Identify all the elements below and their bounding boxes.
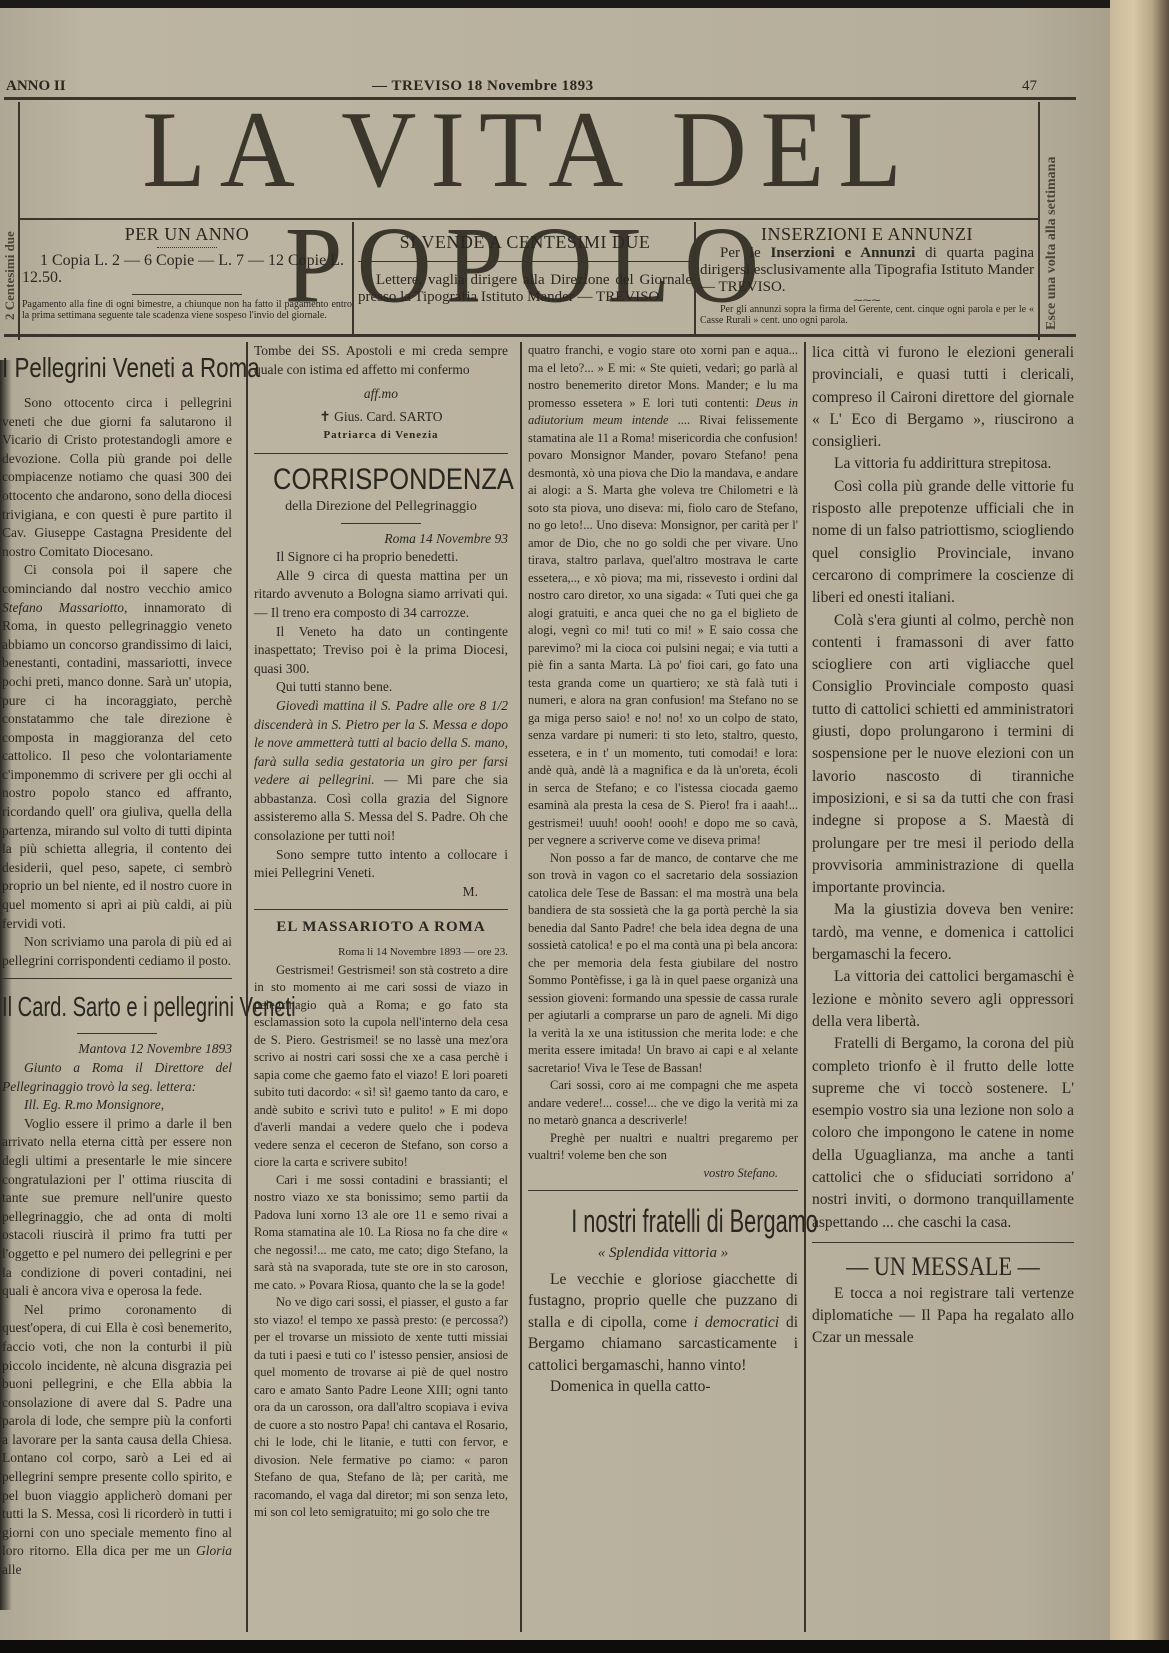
article-paragraph: Qui tutti stanno bene.	[254, 678, 508, 697]
article-paragraph: Il Signore ci ha proprio benedetti.	[254, 548, 508, 567]
headline-massarioto: EL MASSARIOTO A ROMA	[254, 918, 508, 937]
italic-run: Stefano Massariotto	[2, 600, 124, 615]
letter-signature: ✝ Gius. Card. SARTO	[254, 408, 508, 427]
article-paragraph: lica città vi furono le elezioni general…	[812, 342, 1074, 453]
subscription-prices: 1 Copia L. 2 — 6 Copie — L. 7 — 12 Copie…	[22, 252, 352, 286]
ads-body-prefix: Per le	[720, 245, 771, 261]
article-paragraph: Colà s'era giunti al colmo, perchè non c…	[812, 610, 1074, 900]
subheadline: della Direzione del Pellegrinaggio	[254, 498, 508, 517]
article-paragraph: La vittoria dei cattolici bergamaschi è …	[812, 966, 1074, 1033]
ads-title: INSERZIONI E ANNUNZI	[700, 224, 1034, 245]
italic-run: i democratici	[694, 1314, 779, 1331]
sale-box: SI VENDE A CENTESIMI DUE Lettere, vaglia…	[358, 224, 692, 332]
article-dateline: Roma 14 Novembre 93	[254, 530, 508, 549]
headline-bergamo: I nostri fratelli di Bergamo	[571, 1199, 755, 1243]
italic-run: Gloria	[196, 1543, 232, 1558]
masthead-bottom-rule	[18, 218, 1038, 220]
masthead: LA VITA DEL POPOLO	[20, 98, 1038, 208]
article-dateline: Roma li 14 Novembre 1893 — ore 23.	[254, 943, 508, 962]
box-divider-2	[694, 222, 696, 334]
column-divider-2	[520, 342, 522, 1632]
article-paragraph: Fratelli di Bergamo, la corona del più c…	[812, 1033, 1074, 1234]
text-run: Ci consola poi il sapere che cominciando…	[2, 562, 232, 596]
article-paragraph: Il Veneto ha dato un contingente inaspet…	[254, 623, 508, 679]
column-divider-3	[804, 342, 806, 1632]
article-paragraph: E tocca a noi registrare tali vertenze d…	[812, 1283, 1074, 1350]
article-paragraph: La vittoria fu addirittura strepitosa.	[812, 453, 1074, 475]
article-signature: M.	[254, 883, 508, 902]
text-run: Nel primo coronamento di quest'opera, di…	[2, 1302, 232, 1559]
column-3: quatro franchi, e vogio stare oto xorni …	[528, 342, 798, 1398]
column-4: lica città vi furono le elezioni general…	[812, 342, 1074, 1350]
sale-title: SI VENDE A CENTESIMI DUE	[358, 232, 692, 253]
bottom-edge	[0, 1640, 1169, 1653]
right-side-text: Esce una volta alla settimana	[1044, 110, 1060, 330]
left-side-text: 2 Centesimi due	[2, 120, 18, 320]
sale-body: Lettere, vaglia dirigere alla Direzione …	[358, 272, 692, 306]
article-paragraph: Tombe dei SS. Apostoli e mi creda sempre…	[254, 342, 508, 379]
subheadline: « Splendida vittoria »	[528, 1245, 798, 1263]
article-signature: vostro Stefano.	[528, 1165, 798, 1183]
article-paragraph: quatro franchi, e vogio stare oto xorni …	[528, 342, 798, 850]
text-run: .... Rivai felissemente stamatina ale 11…	[528, 413, 798, 847]
article-paragraph: Ma la giustizia doveva ben venire: tardò…	[812, 899, 1074, 966]
article-dateline: Mantova 12 Novembre 1893	[2, 1040, 232, 1059]
page-edge	[1110, 0, 1169, 1653]
text-run: , innamorato di Roma, in questo pellegri…	[2, 600, 232, 931]
ads-box: INSERZIONI E ANNUNZI Per le Inserzioni e…	[700, 224, 1034, 332]
ads-note: Per gli annunzi sopra la firma del Geren…	[700, 304, 1034, 326]
headline-sarto: Il Card. Sarto e i pellegrini Veneti	[2, 987, 168, 1027]
article-paragraph: Alle 9 circa di questa mattina per un ri…	[254, 567, 508, 623]
masthead-border-right	[1038, 102, 1040, 340]
article-intro: Giunto a Roma il Direttore del Pellegrin…	[2, 1059, 232, 1096]
signature-title: Patriarca di Venezia	[254, 426, 508, 445]
box-divider-1	[352, 222, 354, 334]
article-paragraph: Non scriviamo una parola di più ed ai pe…	[2, 933, 232, 970]
article-paragraph: Giovedì mattina il S. Padre alle ore 8 1…	[254, 697, 508, 846]
text-run: alle	[2, 1562, 22, 1577]
headline-pellegrini: I Pellegrini Veneti a Roma	[2, 348, 186, 388]
article-paragraph: Gestrismei! Gestrismei! son stà costreto…	[254, 962, 508, 1172]
article-paragraph: Così colla più grande delle vittorie fu …	[812, 476, 1074, 610]
article-paragraph: Nel primo coronamento di quest'opera, di…	[2, 1301, 232, 1580]
article-paragraph: Cari i me sossi contadini e brassianti; …	[254, 1172, 508, 1295]
column-1: I Pellegrini Veneti a Roma Sono ottocent…	[2, 342, 232, 1580]
ornament-icon: ⁓⁓⁓	[700, 296, 1034, 304]
article-paragraph: Domenica in quella catto-	[528, 1376, 798, 1398]
column-2: Tombe dei SS. Apostoli e mi creda sempre…	[254, 342, 508, 1522]
article-paragraph: Preghè per nualtri e nualtri pregaremo p…	[528, 1130, 798, 1165]
article-paragraph: Sono ottocento circa i pellegrini veneti…	[2, 394, 232, 561]
article-paragraph: Sono sempre tutto intento a collocare i …	[254, 846, 508, 883]
subscription-note: Pagamento alla fine di ogni bimestre, a …	[22, 299, 352, 321]
ads-body-bold: Inserzioni e Annunzi	[771, 245, 916, 261]
letter-closing: aff.mo	[254, 385, 508, 404]
article-paragraph: Voglio essere il primo a darle il ben ar…	[2, 1115, 232, 1301]
article-paragraph: Non posso a far de manco, de contarve ch…	[528, 850, 798, 1078]
headline-messale: — UN MESSALE —	[832, 1251, 1055, 1283]
column-divider-1	[246, 342, 248, 1632]
subscription-box: PER UN ANNO 1 Copia L. 2 — 6 Copie — L. …	[22, 224, 352, 332]
article-paragraph: Cari sossi, coro ai me compagni che me a…	[528, 1077, 798, 1130]
section-rule	[4, 334, 1076, 337]
letter-salutation: Ill. Eg. R.mo Monsignore,	[2, 1096, 232, 1115]
article-paragraph: Ci consola poi il sapere che cominciando…	[2, 561, 232, 933]
subscription-title: PER UN ANNO	[22, 224, 352, 245]
ads-body: Per le Inserzioni e Annunzi di quarta pa…	[700, 245, 1034, 296]
headline-corrispondenza: CORRISPONDENZA	[273, 462, 489, 498]
article-paragraph: Le vecchie e gloriose giacchette di fust…	[528, 1269, 798, 1377]
article-paragraph: No ve digo cari sossi, el piasser, el gu…	[254, 1294, 508, 1522]
